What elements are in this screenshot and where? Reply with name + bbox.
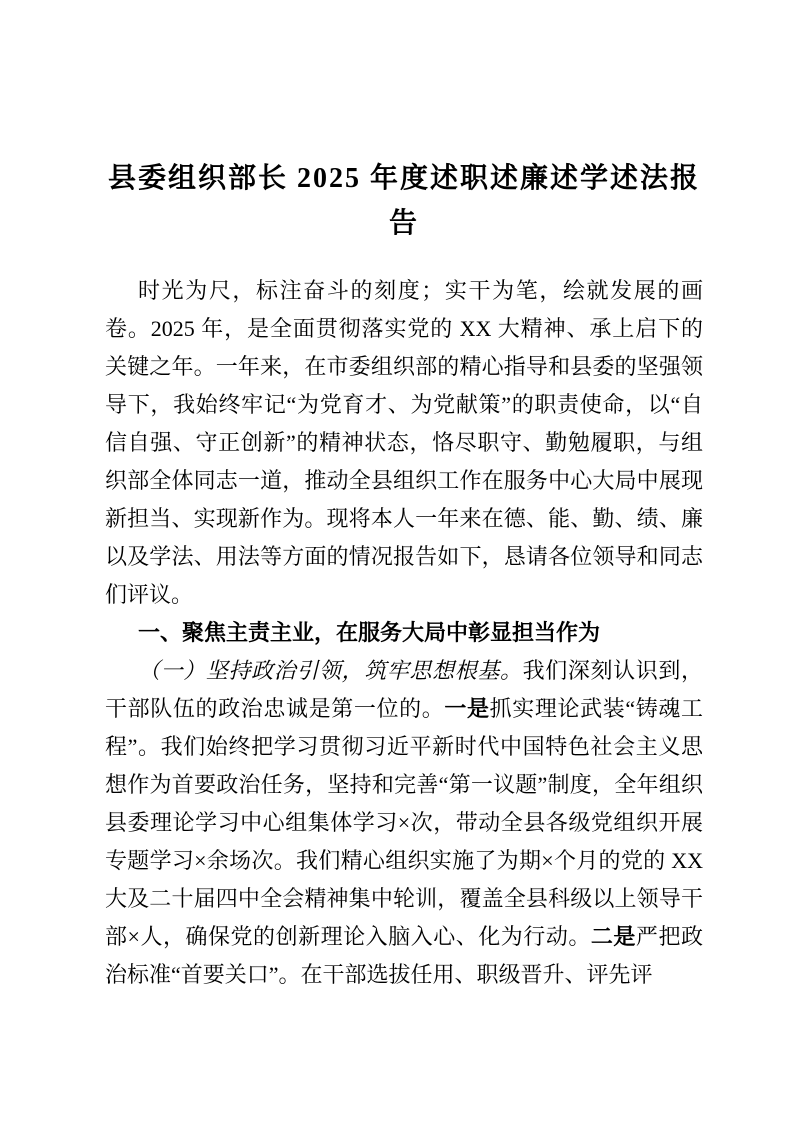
emphasis-second-point: 二是: [591, 924, 636, 949]
subsection1-lead-kaiti: （一）坚持政治引领，筑牢思想根基。: [138, 658, 523, 683]
emphasis-first-point: 一是: [444, 696, 489, 721]
section1-paragraph1: （一）坚持政治引领，筑牢思想根基。我们深刻认识到，干部队伍的政治忠诚是第一位的。…: [105, 652, 703, 994]
section1-heading: 一、聚焦主责主业，在服务大局中彰显担当作为: [105, 614, 703, 652]
intro-paragraph: 时光为尺，标注奋斗的刻度；实干为笔，绘就发展的画卷。2025 年，是全面贯彻落实…: [105, 272, 703, 614]
document-page: 县委组织部长 2025 年度述职述廉述学述法报告 时光为尺，标注奋斗的刻度；实干…: [0, 0, 800, 1131]
body-run-2: 抓实理论武装“铸魂工程”。我们始终把学习贯彻习近平新时代中国特色社会主义思想作为…: [105, 696, 703, 949]
document-title: 县委组织部长 2025 年度述职述廉述学述法报告: [105, 156, 703, 246]
